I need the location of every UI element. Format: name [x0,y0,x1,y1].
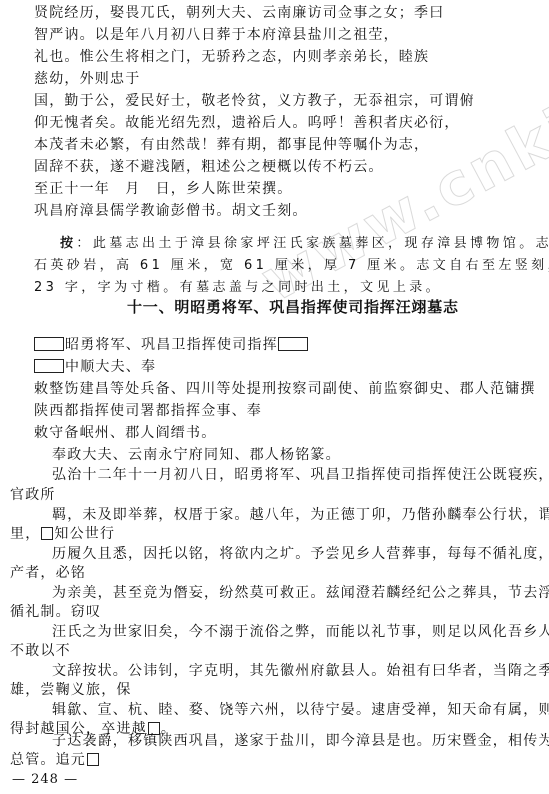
page-number: — 248 — [12,772,78,787]
missing-char-box [41,527,53,540]
body-line: 历履久且悉，因托以铭，将欲内之圹。予尝见乡人营葬事，每每不循礼度，虽中人之 [52,546,549,562]
missing-char-box [87,753,99,766]
author-rank-line: 中顺大夫、奉 [34,359,156,375]
body-text: 里， [10,526,40,542]
text-line: 贤院经历，娶畏兀氏，朝列大夫、云南廉访司佥事之女；季曰 [34,5,444,21]
author-rank-text: 中顺大夫、奉 [65,359,156,375]
body-line-cont: 不敢以不 [10,643,71,659]
body-text: 总管。追元 [10,752,86,768]
note-colon: ： [76,236,92,251]
body-line: 辑歙、宣、杭、睦、婺、饶等六州，以待宁晏。逮唐受禅，知天命有属，则奉籍以归， [52,702,549,718]
body-line: 汪氏之为世家旧矣，今不溺于流俗之弊，而能以礼节事，则足以风化吾乡人必矣，遂 [52,624,549,640]
body-line: 羁，未及即举葬，权厝于家。越八年，为正德丁卯，乃偕孙麟奉公行状，谓予与公同 [52,507,549,523]
body-line-cont: 循礼制。窃叹 [10,604,101,620]
body-line: 文辞按状。公讳钊，字克明，其先徽州府歙县人。始祖有曰华者，当隋之季，豪杰争 [52,663,549,679]
text-line: 智严讷。以是年八月初八日葬于本府漳县盐川之祖茔， [34,27,399,43]
note-line: 23 字，字为寸楷。有墓志盖与之同时出土，文见上录。 [34,280,442,296]
title-line: 昭勇将军、巩昌卫指挥使司指挥 [34,337,309,353]
body-line-cont: 官政所 [10,487,56,503]
note-line: 按：此墓志出土于漳县徐家坪汪氏家族墓葬区，现存漳县博物馆。志石质为 [60,236,549,252]
text-line: 本茂者未必繁，有由然哉！葬有期，都事昆仲等嘱仆为志， [34,137,429,153]
note-line: 石英砂岩，高 61 厘米，宽 61 厘米，厚 7 厘米。志文自右至左竖刻，共 2… [34,258,549,274]
section-heading: 十一、明昭勇将军、巩昌指挥使司指挥汪翊墓志 [127,296,459,317]
missing-text-box [34,337,64,351]
text-line: 礼也。惟公生将相之门，无骄矜之态，内则孝亲弟长，睦族 [34,49,429,65]
body-line: 子达袭爵，移镇陕西巩昌，遂家于盐川，即今漳县是也。历宋暨金，相传为汪古族都 [52,733,549,749]
body-line: 弘治十二年十一月初八日，昭勇将军、巩昌卫指挥使司指挥使汪公既寝疾，时子澄以 [52,467,549,483]
author-line: 敕整饬建昌等处兵备、四川等处提刑按察司副使、前监察御史、郡人范镛撰 [34,381,536,397]
text-line: 巩昌府漳县儒学教谕彭僧书。胡文壬刻。 [34,203,308,219]
text-line: 国，勤于公，爱民好士，敬老怜贫，义方教子，无忝祖宗，可谓俯 [34,93,475,109]
note-label: 按 [60,236,76,251]
calligrapher-line: 陕西都指挥使司署都指挥佥事、奉 [34,403,262,419]
body-line-cont: 产者，必铭 [10,565,86,581]
text-line: 固辞不获，遂不避浅陋，粗述公之梗概以传不朽云。 [34,159,384,175]
body-line-cont: 雄，尝鞠义旅，保 [10,682,132,698]
missing-text-box [34,359,64,373]
text-line: 至正十一年 月 日，乡人陈世荣撰。 [34,181,292,197]
calligrapher-line: 敕守备岷州、郡人阎缙书。 [34,425,216,441]
missing-text-box [278,337,308,351]
title-text: 昭勇将军、巩昌卫指挥使司指挥 [65,337,278,353]
body-line: 为亲美，甚至竞为僭妄，纷然莫可救正。兹闻澄若麟经纪公之葬具，节去浮奢，而一 [52,585,549,601]
text-line: 仰无愧者矣。故能光绍先烈，遗裕后人。呜呼！善积者庆必衍， [34,115,460,131]
body-line-cont: 总管。追元 [10,752,100,768]
note-text: 此墓志出土于漳县徐家坪汪氏家族墓葬区，现存漳县博物馆。志石质为 [93,236,549,251]
text-line: 慈幼，外则忠于 [34,71,140,87]
seal-line: 奉政大夫、云南永宁府同知、郡人杨铭篆。 [52,447,341,463]
body-text: 知公世行 [54,526,115,542]
body-line-cont: 里，知公世行 [10,526,115,542]
